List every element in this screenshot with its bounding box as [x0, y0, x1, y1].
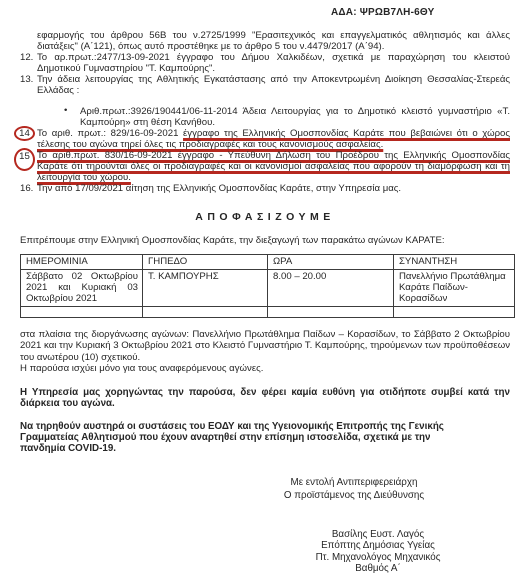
decision-intro: Επιτρέπουμε στην Ελληνική Ομοσπονδίας Κα… — [20, 235, 510, 246]
list-item-11-continuation: εφαρμογής του άρθρου 56Β του ν.2725/1999… — [20, 30, 510, 52]
signature-order-line-2: Ο προϊστάμενος της Διεύθυνσης — [248, 489, 460, 503]
list-item-16: 16. Την από 17/09/2021 αίτηση της Ελληνι… — [20, 183, 510, 194]
table-row: Σάββατο 02 Οκτωβρίου 2021 και Κυριακή 03… — [21, 270, 515, 307]
empty-cell — [394, 307, 515, 318]
covid-note-line-3: πανδημία COVID-19. — [20, 443, 510, 454]
reference-list: εφαρμογής του άρθρου 56Β του ν.2725/1999… — [20, 30, 510, 194]
disclaimer-paragraph: Η Υπηρεσία μας χορηγώντας την παρούσα, δ… — [20, 387, 510, 410]
signature-authority-block: Με εντολή Αντιπεριφερειάρχη Ο προϊστάμεν… — [248, 476, 460, 503]
cell-event: Πανελλήνιο Πρωτάθλημα Καράτε Παίδων-Κορα… — [394, 270, 515, 307]
list-item-15: 15 Το αριθ.πρωτ. 830/16-09-2021 έγγραφο … — [20, 150, 510, 183]
list-item-12: 12. Το αρ.πρωτ.:2477/13-09-2021 έγγραφο … — [20, 52, 510, 74]
list-text-12: Το αρ.πρωτ.:2477/13-09-2021 έγγραφο του … — [37, 52, 510, 74]
list-number-13: 13. — [20, 74, 33, 85]
empty-cell — [21, 307, 143, 318]
list-text-14-plain: Το αριθ. πρωτ.: 829/16-09-2021 — [37, 128, 183, 139]
cell-venue: Τ. ΚΑΜΠΟΥΡΗΣ — [143, 270, 268, 307]
list-item-13: 13. Την άδεια λειτουργίας της Αθλητικής … — [20, 74, 510, 96]
list-bullet-item: • Αριθ.πρωτ.:3926/190441/06-11-2014 Άδει… — [20, 106, 510, 128]
list-number-16: 16. — [20, 183, 33, 194]
table-header-row: ΗΜΕΡΟΜΙΝΙΑ ΓΗΠΕΔΟ ΩΡΑ ΣΥΝΑΝΤΗΣΗ — [21, 255, 515, 270]
list-text-16: Την από 17/09/2021 αίτηση της Ελληνικής … — [37, 183, 401, 194]
signatory-title-1: Επόπτης Δημόσιας Υγείας — [272, 540, 484, 552]
empty-cell — [143, 307, 268, 318]
bullet-icon: • — [64, 105, 67, 116]
signature-name-block: Βασίλης Ευστ. Λαγός Επόπτης Δημόσιας Υγε… — [272, 529, 484, 575]
list-text-13: Την άδεια λειτουργίας της Αθλητικής Εγκα… — [37, 74, 510, 96]
schedule-table: ΗΜΕΡΟΜΙΝΙΑ ΓΗΠΕΔΟ ΩΡΑ ΣΥΝΑΝΤΗΣΗ Σάββατο … — [20, 254, 515, 318]
list-text-15-underlined: Το αριθ.πρωτ. 830/16-09-2021 έγγραφο - Υ… — [37, 150, 510, 183]
list-item-14: 14 Το αριθ. πρωτ.: 829/16-09-2021 έγγραφ… — [20, 128, 510, 150]
header-venue: ΓΗΠΕΔΟ — [143, 255, 268, 270]
closing-paragraph-1: στα πλαίσια της διοργάνωσης αγώνων: Πανε… — [20, 329, 510, 363]
bullet-text: Αριθ.πρωτ.:3926/190441/06-11-2014 Άδεια … — [80, 106, 510, 128]
document-page: ΑΔΑ: ΨΡΩΒ7ΛΗ-6ΘΥ εφαρμογής του άρθρου 56… — [0, 0, 527, 575]
red-circle-annotation-15: 15 — [14, 148, 35, 171]
closing-paragraphs: στα πλαίσια της διοργάνωσης αγώνων: Πανε… — [20, 329, 510, 374]
header-date: ΗΜΕΡΟΜΙΝΙΑ — [21, 255, 143, 270]
signatory-name: Βασίλης Ευστ. Λαγός — [272, 529, 484, 541]
covid-note: Να τηρηθούν αυστηρά οι συστάσεις του ΕΟΔ… — [20, 421, 510, 455]
header-event: ΣΥΝΑΝΤΗΣΗ — [394, 255, 515, 270]
signature-order-line-1: Με εντολή Αντιπεριφερειάρχη — [248, 476, 460, 490]
red-circle-annotation-14: 14 — [14, 126, 35, 141]
empty-cell — [268, 307, 394, 318]
signatory-title-2: Πτ. Μηχανολόγος Μηχανικός — [272, 552, 484, 564]
ada-code: ΑΔΑ: ΨΡΩΒ7ΛΗ-6ΘΥ — [331, 7, 510, 18]
list-number-12: 12. — [20, 52, 33, 63]
signatory-grade: Βαθμός Α΄ — [272, 563, 484, 575]
covid-note-line-1: Να τηρηθούν αυστηρά οι συστάσεις του ΕΟΔ… — [20, 421, 510, 432]
table-empty-row — [21, 307, 515, 318]
cell-time: 8.00 – 20.00 — [268, 270, 394, 307]
closing-paragraph-2: Η παρούσα ισχύει μόνο για τους αναφερόμε… — [20, 363, 510, 374]
cell-date: Σάββατο 02 Οκτωβρίου 2021 και Κυριακή 03… — [21, 270, 143, 307]
covid-note-line-2: Γραμματείας Αθλητισμού που έχουν αναρτηθ… — [20, 432, 510, 443]
decision-heading: ΑΠΟΦΑΣΙΖΟΥΜΕ — [20, 211, 510, 223]
header-time: ΩΡΑ — [268, 255, 394, 270]
